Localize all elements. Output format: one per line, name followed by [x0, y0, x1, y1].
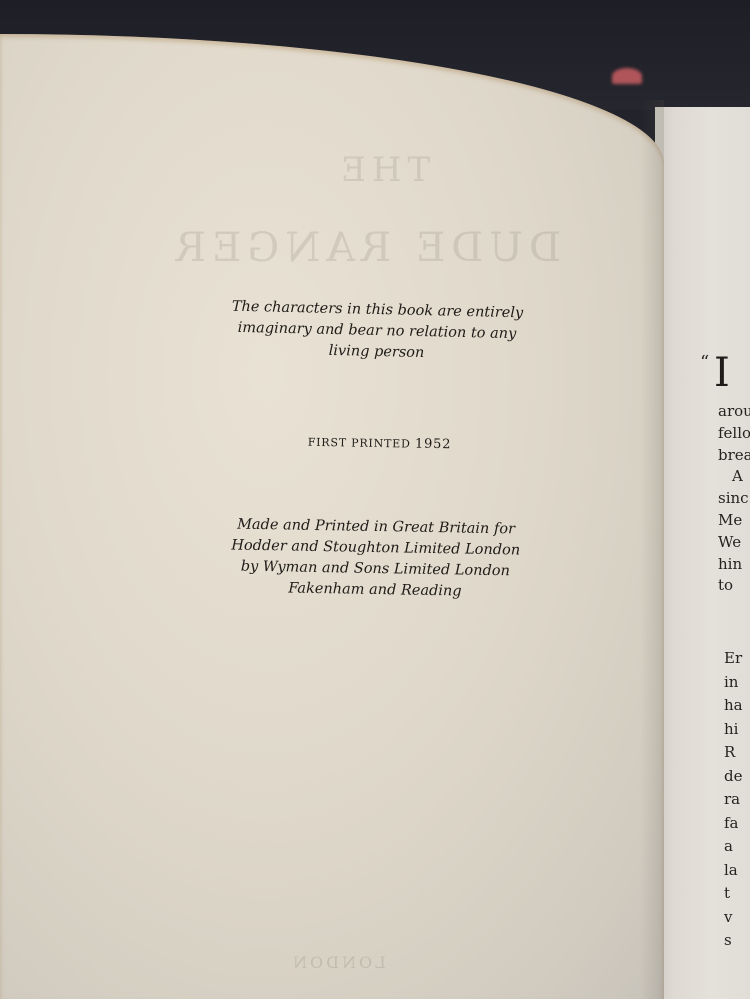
text-fragment: ha	[724, 694, 743, 718]
right-page-paragraph-1: arou fello brea A sinc Me We hin to	[718, 401, 750, 597]
drop-cap: I	[714, 350, 730, 396]
text-fragment: hi	[724, 718, 743, 742]
text-fragment: Er	[724, 647, 743, 671]
gutter-shadow	[640, 100, 664, 999]
text-fragment: fa	[724, 812, 743, 836]
first-printed-year: 1952	[415, 437, 452, 453]
text-fragment: We	[718, 532, 750, 554]
text-fragment: v	[724, 906, 743, 930]
text-fragment: t	[724, 882, 743, 906]
text-fragment: ra	[724, 788, 743, 812]
text-fragment: s	[724, 929, 743, 953]
text-fragment: sinc	[718, 488, 750, 510]
text-fragment: a	[724, 835, 743, 859]
imprint-text: Made and Printed in Great Britain for Ho…	[207, 514, 543, 604]
text-fragment: brea	[718, 445, 750, 467]
disclaimer-text: The characters in this book are entirely…	[211, 296, 542, 366]
show-through-the: THE	[335, 150, 430, 190]
text-fragment: in	[724, 671, 743, 695]
text-fragment: Me	[718, 510, 750, 532]
first-printed-line: FIRST PRINTED 1952	[292, 434, 467, 452]
show-through-title: DUDE RANGER	[170, 225, 561, 271]
text-fragment: A	[718, 466, 750, 488]
show-through-london: LONDON	[290, 953, 386, 972]
text-fragment: to	[718, 575, 750, 597]
text-fragment: R	[724, 741, 743, 765]
opening-quote: “	[700, 352, 709, 373]
text-fragment: la	[724, 859, 743, 883]
text-fragment: arou	[718, 401, 750, 423]
first-printed-label: FIRST PRINTED	[308, 436, 411, 451]
text-fragment: hin	[718, 554, 750, 576]
book-cover-corner	[612, 68, 642, 84]
text-fragment: fello	[718, 423, 750, 445]
text-fragment: de	[724, 765, 743, 789]
right-page-paragraph-2: Er in ha hi R de ra fa a la t v s	[724, 647, 743, 953]
